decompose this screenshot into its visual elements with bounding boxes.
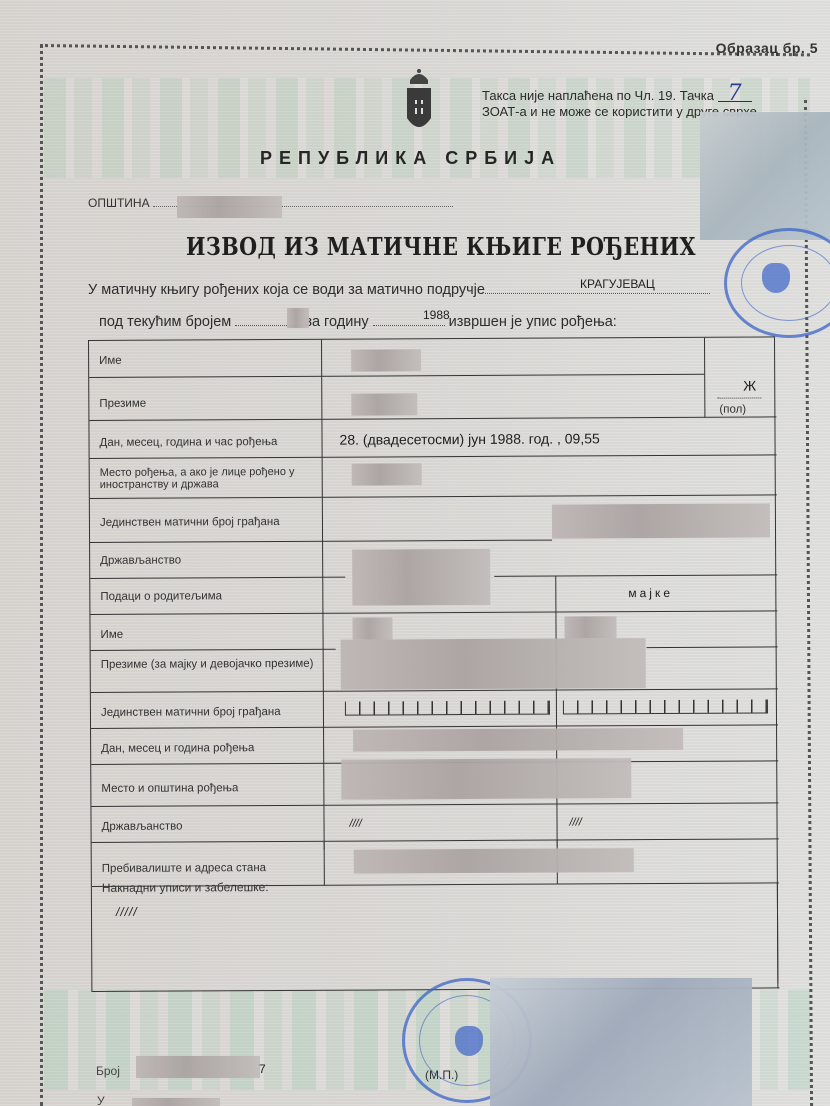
row-birth-place: Место рођења, а ако је лице рођено у ино… xyxy=(90,455,777,499)
chain-border-left xyxy=(40,44,43,1106)
parents-birth-place-redacted xyxy=(341,758,631,800)
father-jmbg-boxes[interactable] xyxy=(345,701,550,716)
notes-label: Накнадни уписи и забелешке: xyxy=(102,880,269,895)
signature-redacted xyxy=(490,978,752,1106)
parents-birth-date-redacted xyxy=(353,728,683,752)
footer-place-redacted xyxy=(132,1098,220,1106)
mother-column-header: мајке xyxy=(628,586,673,600)
sex-value: Ж xyxy=(743,378,756,394)
tax-note-line1: Такса није наплаћена по Чл. 19. Тачка xyxy=(482,88,714,103)
form-number: Образац бр. 5 xyxy=(716,40,818,56)
municipality-label: ОПШТИНА xyxy=(88,196,150,210)
father-citizenship: //// xyxy=(350,818,362,830)
registry-area: КРАГУЈЕВАЦ xyxy=(580,277,655,291)
sex-label: (пол) xyxy=(719,404,746,416)
document-sheet: Образац бр. 5 Такса није наплаћена по Чл… xyxy=(0,0,830,1106)
stamp-emblem-icon xyxy=(762,263,790,293)
row-parents-header: Подаци о родитељима мајке xyxy=(90,575,777,615)
footer-number-value: 7 xyxy=(259,1062,266,1076)
mother-jmbg-boxes[interactable] xyxy=(563,699,768,714)
row-parent-citizenship: Држављанство //// //// xyxy=(91,803,778,843)
republic-heading: РЕПУБЛИКА СРБИЈА xyxy=(260,148,561,169)
footer-place-label: У xyxy=(97,1094,105,1106)
redacted-region xyxy=(700,112,830,240)
row-birth-datetime: Дан, месец, година и час рођења 28. (два… xyxy=(89,417,776,459)
footer-number-redacted xyxy=(136,1056,260,1078)
intro-line-2: под текућим бројем за годину извршен је … xyxy=(99,314,617,330)
parents-residence-redacted xyxy=(354,848,634,873)
document-title: ИЗВОД ИЗ МАТИЧНЕ КЊИГЕ РОЂЕНИХ xyxy=(186,232,696,261)
official-stamp-top xyxy=(724,228,830,338)
last-name-redacted xyxy=(351,393,417,415)
current-number-redacted xyxy=(287,308,309,328)
child-jmbg-redacted xyxy=(552,503,770,538)
seal-placeholder: (М.П.) xyxy=(425,1068,458,1082)
coat-of-arms-icon xyxy=(404,66,434,138)
birth-datetime-value: 28. (двадесетосми) јун 1988. год. , 09,5… xyxy=(339,430,599,447)
footer-number-label: Број xyxy=(96,1064,120,1078)
parents-last-name-redacted xyxy=(341,638,646,690)
father-first-name-redacted xyxy=(352,617,392,639)
municipality-value-redacted xyxy=(177,196,282,218)
tax-point-value: 7 xyxy=(718,87,752,102)
mother-first-name-redacted xyxy=(564,616,616,638)
birth-record-table: Име Презиме Ж (пол) Дан, месец, година и… xyxy=(88,336,778,992)
footer-number: Број xyxy=(96,1064,120,1078)
row-parent-jmbg: Јединствен матични број грађана xyxy=(91,689,778,729)
notes-value: ///// xyxy=(116,905,138,919)
mother-citizenship: //// xyxy=(570,816,582,828)
birth-place-redacted xyxy=(352,463,422,485)
footer-place: У xyxy=(97,1094,105,1106)
registry-year: 1988 xyxy=(423,308,450,322)
stamp-emblem-icon xyxy=(455,1026,483,1056)
chain-border-top xyxy=(40,44,810,56)
first-name-redacted xyxy=(351,349,421,371)
